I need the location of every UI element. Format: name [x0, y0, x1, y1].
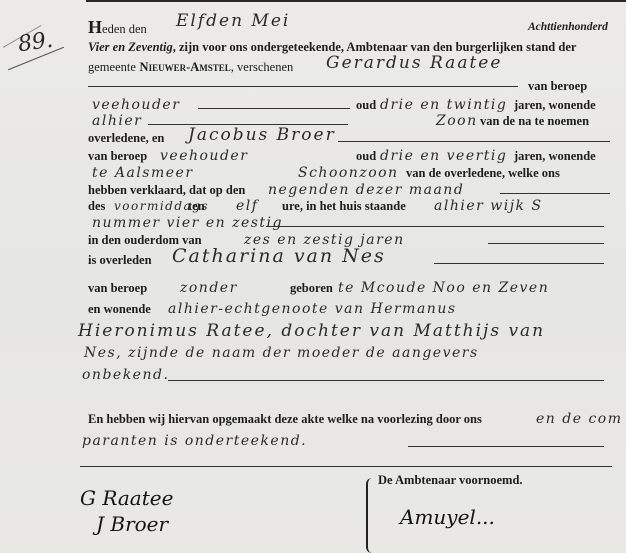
declarant-1-name: Gerardus Raatee — [326, 52, 502, 74]
line-14: van beroep zonder geboren te Mcoude Noo … — [88, 277, 612, 299]
municipality: Nieuwer-Amstel — [140, 60, 231, 74]
official-label: De Ambtenaar voornoemd. — [378, 473, 523, 488]
signature-bracket — [366, 478, 374, 553]
line-header: Heden den Elfden Mei Achttienhonderd — [88, 16, 612, 38]
line-18: onbekend. — [88, 364, 612, 386]
signature-declarant-2: J Broer — [96, 512, 168, 536]
line-19: En hebben wij hiervan opgemaakt deze akt… — [88, 408, 612, 430]
day-handwritten: Elfden Mei — [176, 10, 290, 32]
dropcap: H — [88, 17, 102, 37]
line-17: Nes, zijnde de naam der moeder de aangev… — [88, 342, 612, 364]
signature-declarant-1: G Raatee — [80, 486, 173, 510]
intro-text: eden den — [102, 22, 147, 36]
line-13: is overleden Catharina van Nes — [88, 249, 612, 271]
top-rule — [86, 0, 626, 2]
civil-record-page: 89. Heden den Elfden Mei Achttienhonderd… — [0, 0, 626, 553]
signature-official: Amuyel... — [400, 505, 495, 529]
deceased-name: Catharina van Nes — [172, 245, 386, 267]
line-15: en wonende alhier-echtgenoote van Herman… — [88, 298, 612, 320]
line-16: Hieronimus Ratee, dochter van Matthijs v… — [88, 320, 612, 342]
line-20: paranten is onderteekend. — [88, 430, 612, 452]
declarant-2-name: Jacobus Broer — [188, 124, 336, 146]
signature-divider — [80, 466, 612, 467]
year-printed: Achttienhonderd — [528, 16, 608, 38]
